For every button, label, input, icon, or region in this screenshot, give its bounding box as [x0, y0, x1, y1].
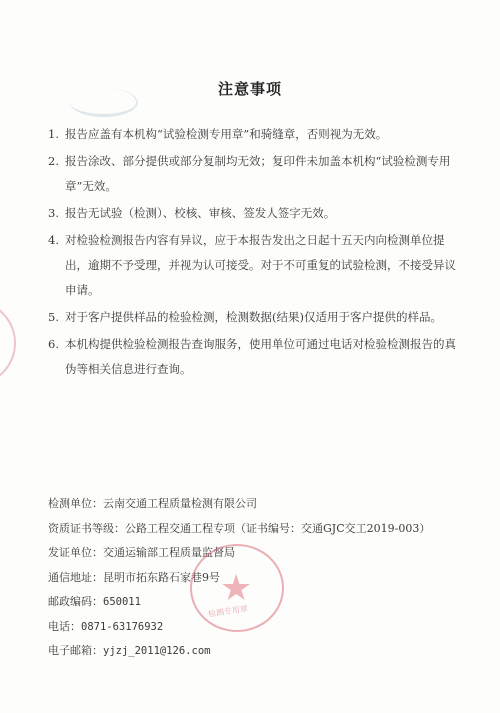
notice-item: 2. 报告涂改、部分提供或部分复制均无效；复印件未加盖本机构“试验检测专用章”无…	[48, 149, 458, 199]
info-label: 电话：	[48, 620, 81, 633]
item-text: 报告无试验（检测）、校核、审核、签发人签字无效。	[65, 201, 458, 226]
item-number: 5.	[48, 305, 59, 330]
item-number: 2.	[48, 149, 59, 174]
info-value: 0871-63176932	[81, 621, 163, 633]
info-label: 通信地址：	[48, 571, 103, 584]
item-number: 3.	[48, 201, 59, 226]
item-number: 4.	[48, 228, 59, 253]
official-stamp: ★ 检测专用章	[190, 544, 284, 632]
info-row-email: 电子邮箱：yjzj_2011@126.com	[48, 639, 430, 664]
page-title: 注意事项	[0, 78, 500, 99]
info-value: 云南交通工程质量检测有限公司	[103, 497, 257, 510]
info-value: 650011	[103, 596, 141, 608]
star-icon: ★	[220, 568, 252, 609]
notice-item: 5. 对于客户提供样品的检验检测，检测数据(结果)仅适用于客户提供的样品。	[48, 305, 458, 330]
info-row-testing-unit: 检测单位：云南交通工程质量检测有限公司	[48, 492, 430, 517]
notice-list: 1. 报告应盖有本机构“试验检测专用章”和骑缝章，否则视为无效。 2. 报告涂改…	[48, 122, 458, 384]
notice-item: 4. 对检验检测报告内容有异议，应于本报告发出之日起十五天内向检测单位提出，逾期…	[48, 228, 458, 303]
notice-item: 3. 报告无试验（检测）、校核、审核、签发人签字无效。	[48, 201, 458, 226]
info-row-qualification: 资质证书等级：公路工程交通工程专项（证书编号：交通GJC交工2019-003）	[48, 517, 430, 542]
info-value: yjzj_2011@126.com	[103, 645, 210, 657]
item-text: 报告应盖有本机构“试验检测专用章”和骑缝章，否则视为无效。	[65, 122, 458, 147]
item-text: 对于客户提供样品的检验检测，检测数据(结果)仅适用于客户提供的样品。	[65, 305, 458, 330]
stamp-text: 检测专用章	[207, 603, 248, 619]
info-label: 检测单位：	[48, 497, 103, 510]
notice-item: 6. 本机构提供检验检测报告查询服务，使用单位可通过电话对检验检测报告的真伪等相…	[48, 332, 458, 382]
info-label: 电子邮箱：	[48, 644, 103, 657]
item-text: 对检验检测报告内容有异议，应于本报告发出之日起十五天内向检测单位提出，逾期不予受…	[65, 228, 458, 303]
info-label: 发证单位：	[48, 546, 103, 559]
item-number: 1.	[48, 122, 59, 147]
item-text: 报告涂改、部分提供或部分复制均无效；复印件未加盖本机构“试验检测专用章”无效。	[65, 149, 458, 199]
seam-stamp-fragment	[0, 300, 16, 386]
info-label: 资质证书等级：	[48, 522, 125, 535]
item-number: 6.	[48, 332, 59, 357]
item-text: 本机构提供检验检测报告查询服务，使用单位可通过电话对检验检测报告的真伪等相关信息…	[65, 332, 458, 382]
notice-item: 1. 报告应盖有本机构“试验检测专用章”和骑缝章，否则视为无效。	[48, 122, 458, 147]
info-value: 公路工程交通工程专项（证书编号：交通GJC交工2019-003）	[125, 522, 430, 535]
info-label: 邮政编码：	[48, 595, 103, 608]
